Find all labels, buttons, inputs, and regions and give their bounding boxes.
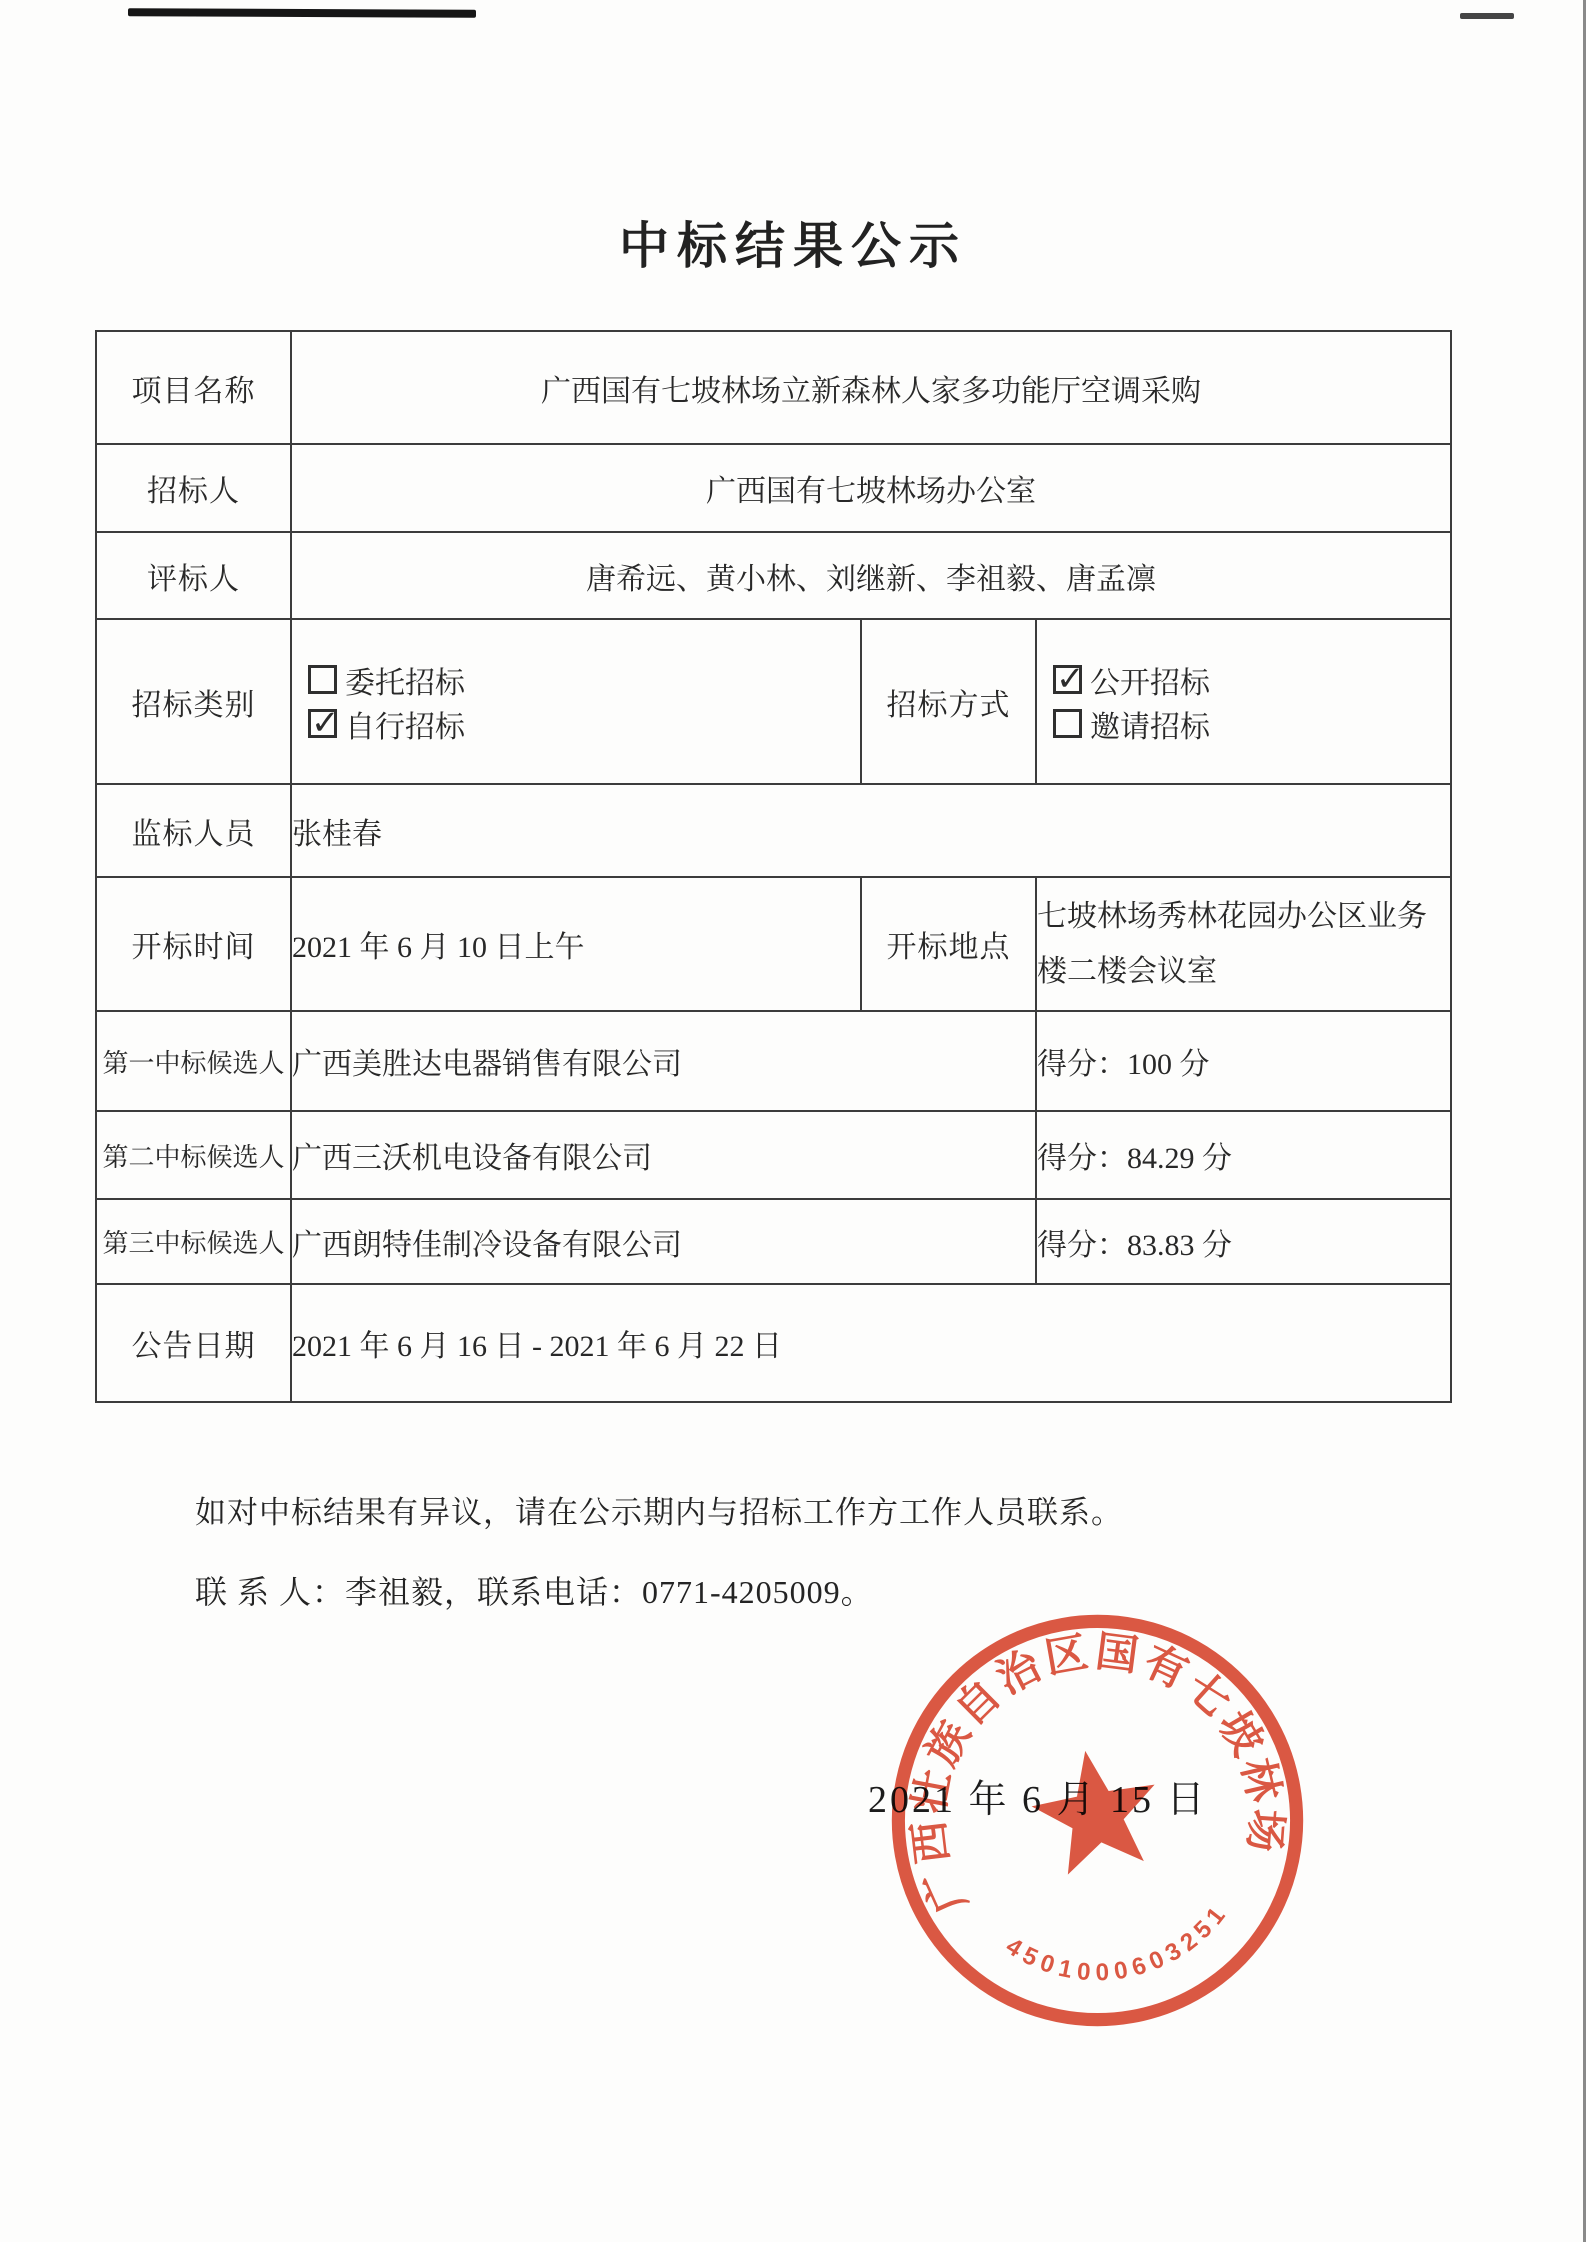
row-tenderer: 招标人 广西国有七坡林场办公室 <box>96 444 1451 532</box>
signature-date: 2021 年 6 月 15 日 <box>868 1768 1208 1823</box>
method-label: 招标方式 <box>861 619 1036 784</box>
supervisor-label: 监标人员 <box>96 784 291 877</box>
project-name-label: 项目名称 <box>96 331 291 444</box>
tenderer-label: 招标人 <box>96 444 291 532</box>
row-opening: 开标时间 2021 年 6 月 10 日上午 开标地点 七坡林场秀林花园办公区业… <box>96 877 1451 1011</box>
checkbox-icon <box>308 709 337 738</box>
row-candidate-1: 第一中标候选人 广西美胜达电器销售有限公司 得分：100 分 <box>96 1011 1451 1111</box>
candidate-1-score: 得分：100 分 <box>1036 1011 1451 1111</box>
method-options-cell: 公开招标 邀请招标 <box>1036 619 1451 784</box>
checkbox-option-self: 自行招标 <box>308 702 860 746</box>
row-candidate-2: 第二中标候选人 广西三沃机电设备有限公司 得分：84.29 分 <box>96 1111 1451 1199</box>
seal-serial-number: 4501000603251 <box>998 1895 1243 2005</box>
scan-artifact <box>128 8 476 18</box>
candidate-3-company: 广西朗特佳制冷设备有限公司 <box>291 1199 1036 1284</box>
checkbox-icon <box>1053 665 1082 694</box>
row-evaluators: 评标人 唐希远、黄小林、刘继新、李祖毅、唐孟凛 <box>96 532 1451 619</box>
checkbox-icon <box>308 665 337 694</box>
opening-time-label: 开标时间 <box>96 877 291 1011</box>
announcement-value: 2021 年 6 月 16 日 - 2021 年 6 月 22 日 <box>291 1284 1451 1402</box>
objection-notice: 如对中标结果有异议，请在公示期内与招标工作方工作人员联系。 <box>195 1487 1123 1532</box>
candidate-1-company: 广西美胜达电器销售有限公司 <box>291 1011 1036 1111</box>
evaluators-value: 唐希远、黄小林、刘继新、李祖毅、唐孟凛 <box>291 532 1451 619</box>
seal-ring-text: 广西壮族自治区国有七坡林场 <box>875 1598 1300 1922</box>
project-name-value: 广西国有七坡林场立新森林人家多功能厅空调采购 <box>291 331 1451 444</box>
announcement-label: 公告日期 <box>96 1284 291 1402</box>
checkbox-option-entrusted: 委托招标 <box>308 658 860 702</box>
opening-place-label: 开标地点 <box>861 877 1036 1011</box>
checkbox-label: 公开招标 <box>1090 658 1210 702</box>
candidate-2-label: 第二中标候选人 <box>96 1111 291 1199</box>
tenderer-value: 广西国有七坡林场办公室 <box>291 444 1451 532</box>
opening-time-value: 2021 年 6 月 10 日上午 <box>291 877 861 1011</box>
candidate-3-label: 第三中标候选人 <box>96 1199 291 1284</box>
checkbox-label: 邀请招标 <box>1090 702 1210 746</box>
category-label: 招标类别 <box>96 619 291 784</box>
checkbox-label: 委托招标 <box>345 658 465 702</box>
page-title: 中标结果公示 <box>0 206 1586 278</box>
row-project: 项目名称 广西国有七坡林场立新森林人家多功能厅空调采购 <box>96 331 1451 444</box>
checkbox-icon <box>1053 709 1082 738</box>
scan-artifact <box>1460 13 1514 19</box>
checkbox-option-invite: 邀请招标 <box>1053 702 1450 746</box>
row-supervisor: 监标人员 张桂春 <box>96 784 1451 877</box>
category-options-cell: 委托招标 自行招标 <box>291 619 861 784</box>
row-announcement: 公告日期 2021 年 6 月 16 日 - 2021 年 6 月 22 日 <box>96 1284 1451 1402</box>
row-candidate-3: 第三中标候选人 广西朗特佳制冷设备有限公司 得分：83.83 分 <box>96 1199 1451 1284</box>
candidate-3-score: 得分：83.83 分 <box>1036 1199 1451 1284</box>
candidate-2-score: 得分：84.29 分 <box>1036 1111 1451 1199</box>
candidate-1-label: 第一中标候选人 <box>96 1011 291 1111</box>
opening-place-value: 七坡林场秀林花园办公区业务楼二楼会议室 <box>1036 877 1451 1011</box>
row-category: 招标类别 委托招标 自行招标 招标方式 <box>96 619 1451 784</box>
checkbox-label: 自行招标 <box>345 702 465 746</box>
evaluators-label: 评标人 <box>96 532 291 619</box>
contact-info: 联 系 人：李祖毅，联系电话：0771-4205009。 <box>195 1567 874 1613</box>
bid-result-table: 项目名称 广西国有七坡林场立新森林人家多功能厅空调采购 招标人 广西国有七坡林场… <box>95 330 1452 1403</box>
supervisor-value: 张桂春 <box>291 784 1451 877</box>
candidate-2-company: 广西三沃机电设备有限公司 <box>291 1111 1036 1199</box>
checkbox-option-open: 公开招标 <box>1053 658 1450 702</box>
